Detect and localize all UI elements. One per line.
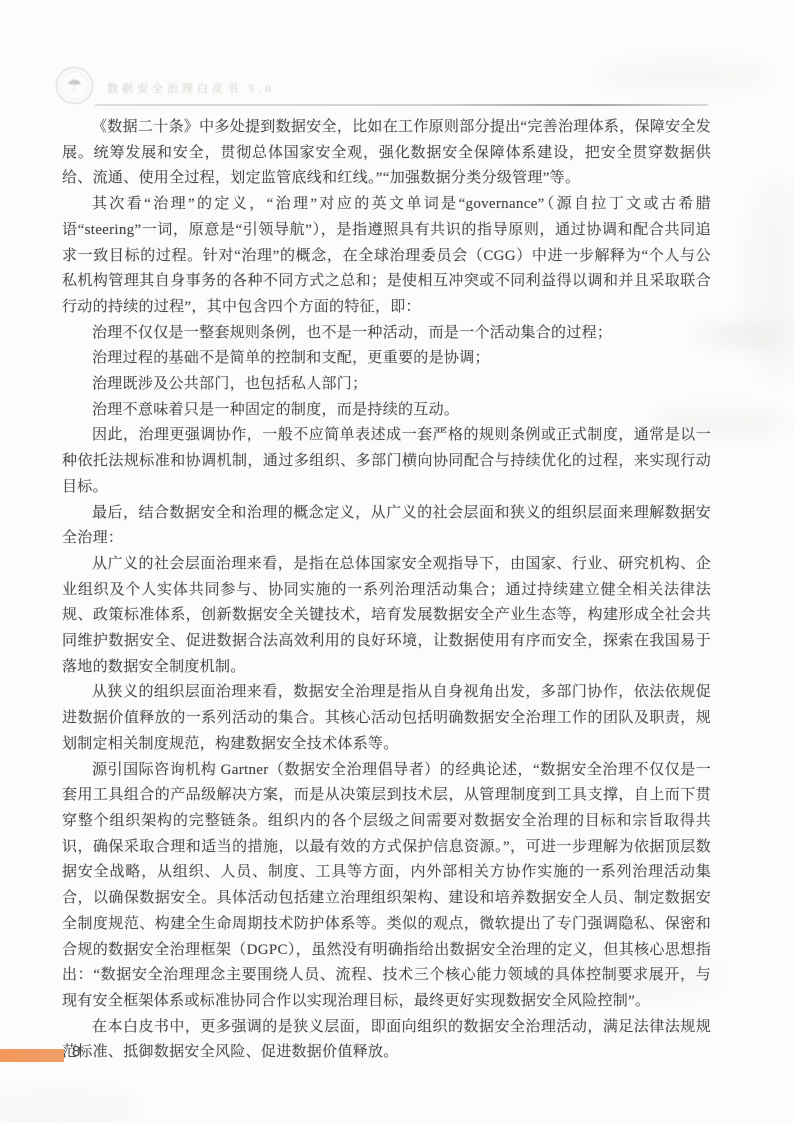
list-line: 治理不意味着只是一种固定的制度，而是持续的互动。: [62, 398, 711, 424]
publisher-seal-logo: ☂: [56, 67, 93, 104]
paragraph: 从广义的社会层面治理来看，是指在总体国家安全观指导下，由国家、行业、研究机构、企…: [62, 552, 711, 681]
paragraph: 其次看“治理”的定义，“治理”对应的英文单词是“governance”（源自拉丁…: [62, 192, 711, 321]
paragraph: 因此，治理更强调协作，一般不应简单表述成一套严格的规则条例或正式制度，通常是以一…: [62, 423, 711, 500]
page-body: 《数据二十条》中多处提到数据安全，比如在工作原则部分提出“完善治理体系，保障安全…: [62, 115, 711, 1066]
list-line: 治理过程的基础不是简单的控制和支配，更重要的是协调；: [62, 346, 711, 372]
scan-smudge: [745, 180, 794, 380]
scan-smudge: [698, 322, 788, 348]
header-title: 数据安全治理白皮书 5.0: [107, 80, 275, 96]
scan-smudge: [0, 1090, 140, 1123]
paragraph: 源引国际咨询机构 Gartner（数据安全治理倡导者）的经典论述，“数据安全治理…: [62, 758, 711, 1015]
page-number: 8: [72, 1043, 80, 1060]
page-footer-accent-bar: [0, 1049, 64, 1062]
paragraph: 《数据二十条》中多处提到数据安全，比如在工作原则部分提出“完善治理体系，保障安全…: [62, 115, 711, 192]
paragraph: 从狭义的组织层面治理来看，数据安全治理是指从自身视角出发，多部门协作，依法依规促…: [62, 680, 711, 757]
list-line: 治理不仅仅是一整套规则条例，也不是一种活动，而是一个活动集合的过程；: [62, 321, 711, 347]
header-divider: [95, 104, 708, 106]
scan-smudge: [600, 60, 770, 90]
list-line: 治理既涉及公共部门，也包括私人部门；: [62, 372, 711, 398]
document-page: ☂ 数据安全治理白皮书 5.0 《数据二十条》中多处提到数据安全，比如在工作原则…: [0, 0, 794, 1123]
paragraph: 在本白皮书中，更多强调的是狭义层面，即面向组织的数据安全治理活动，满足法律法规规…: [62, 1015, 711, 1066]
seal-inner-ring: [60, 71, 89, 100]
paragraph: 最后，结合数据安全和治理的概念定义，从广义的社会层面和狭义的组织层面来理解数据安…: [62, 501, 711, 552]
